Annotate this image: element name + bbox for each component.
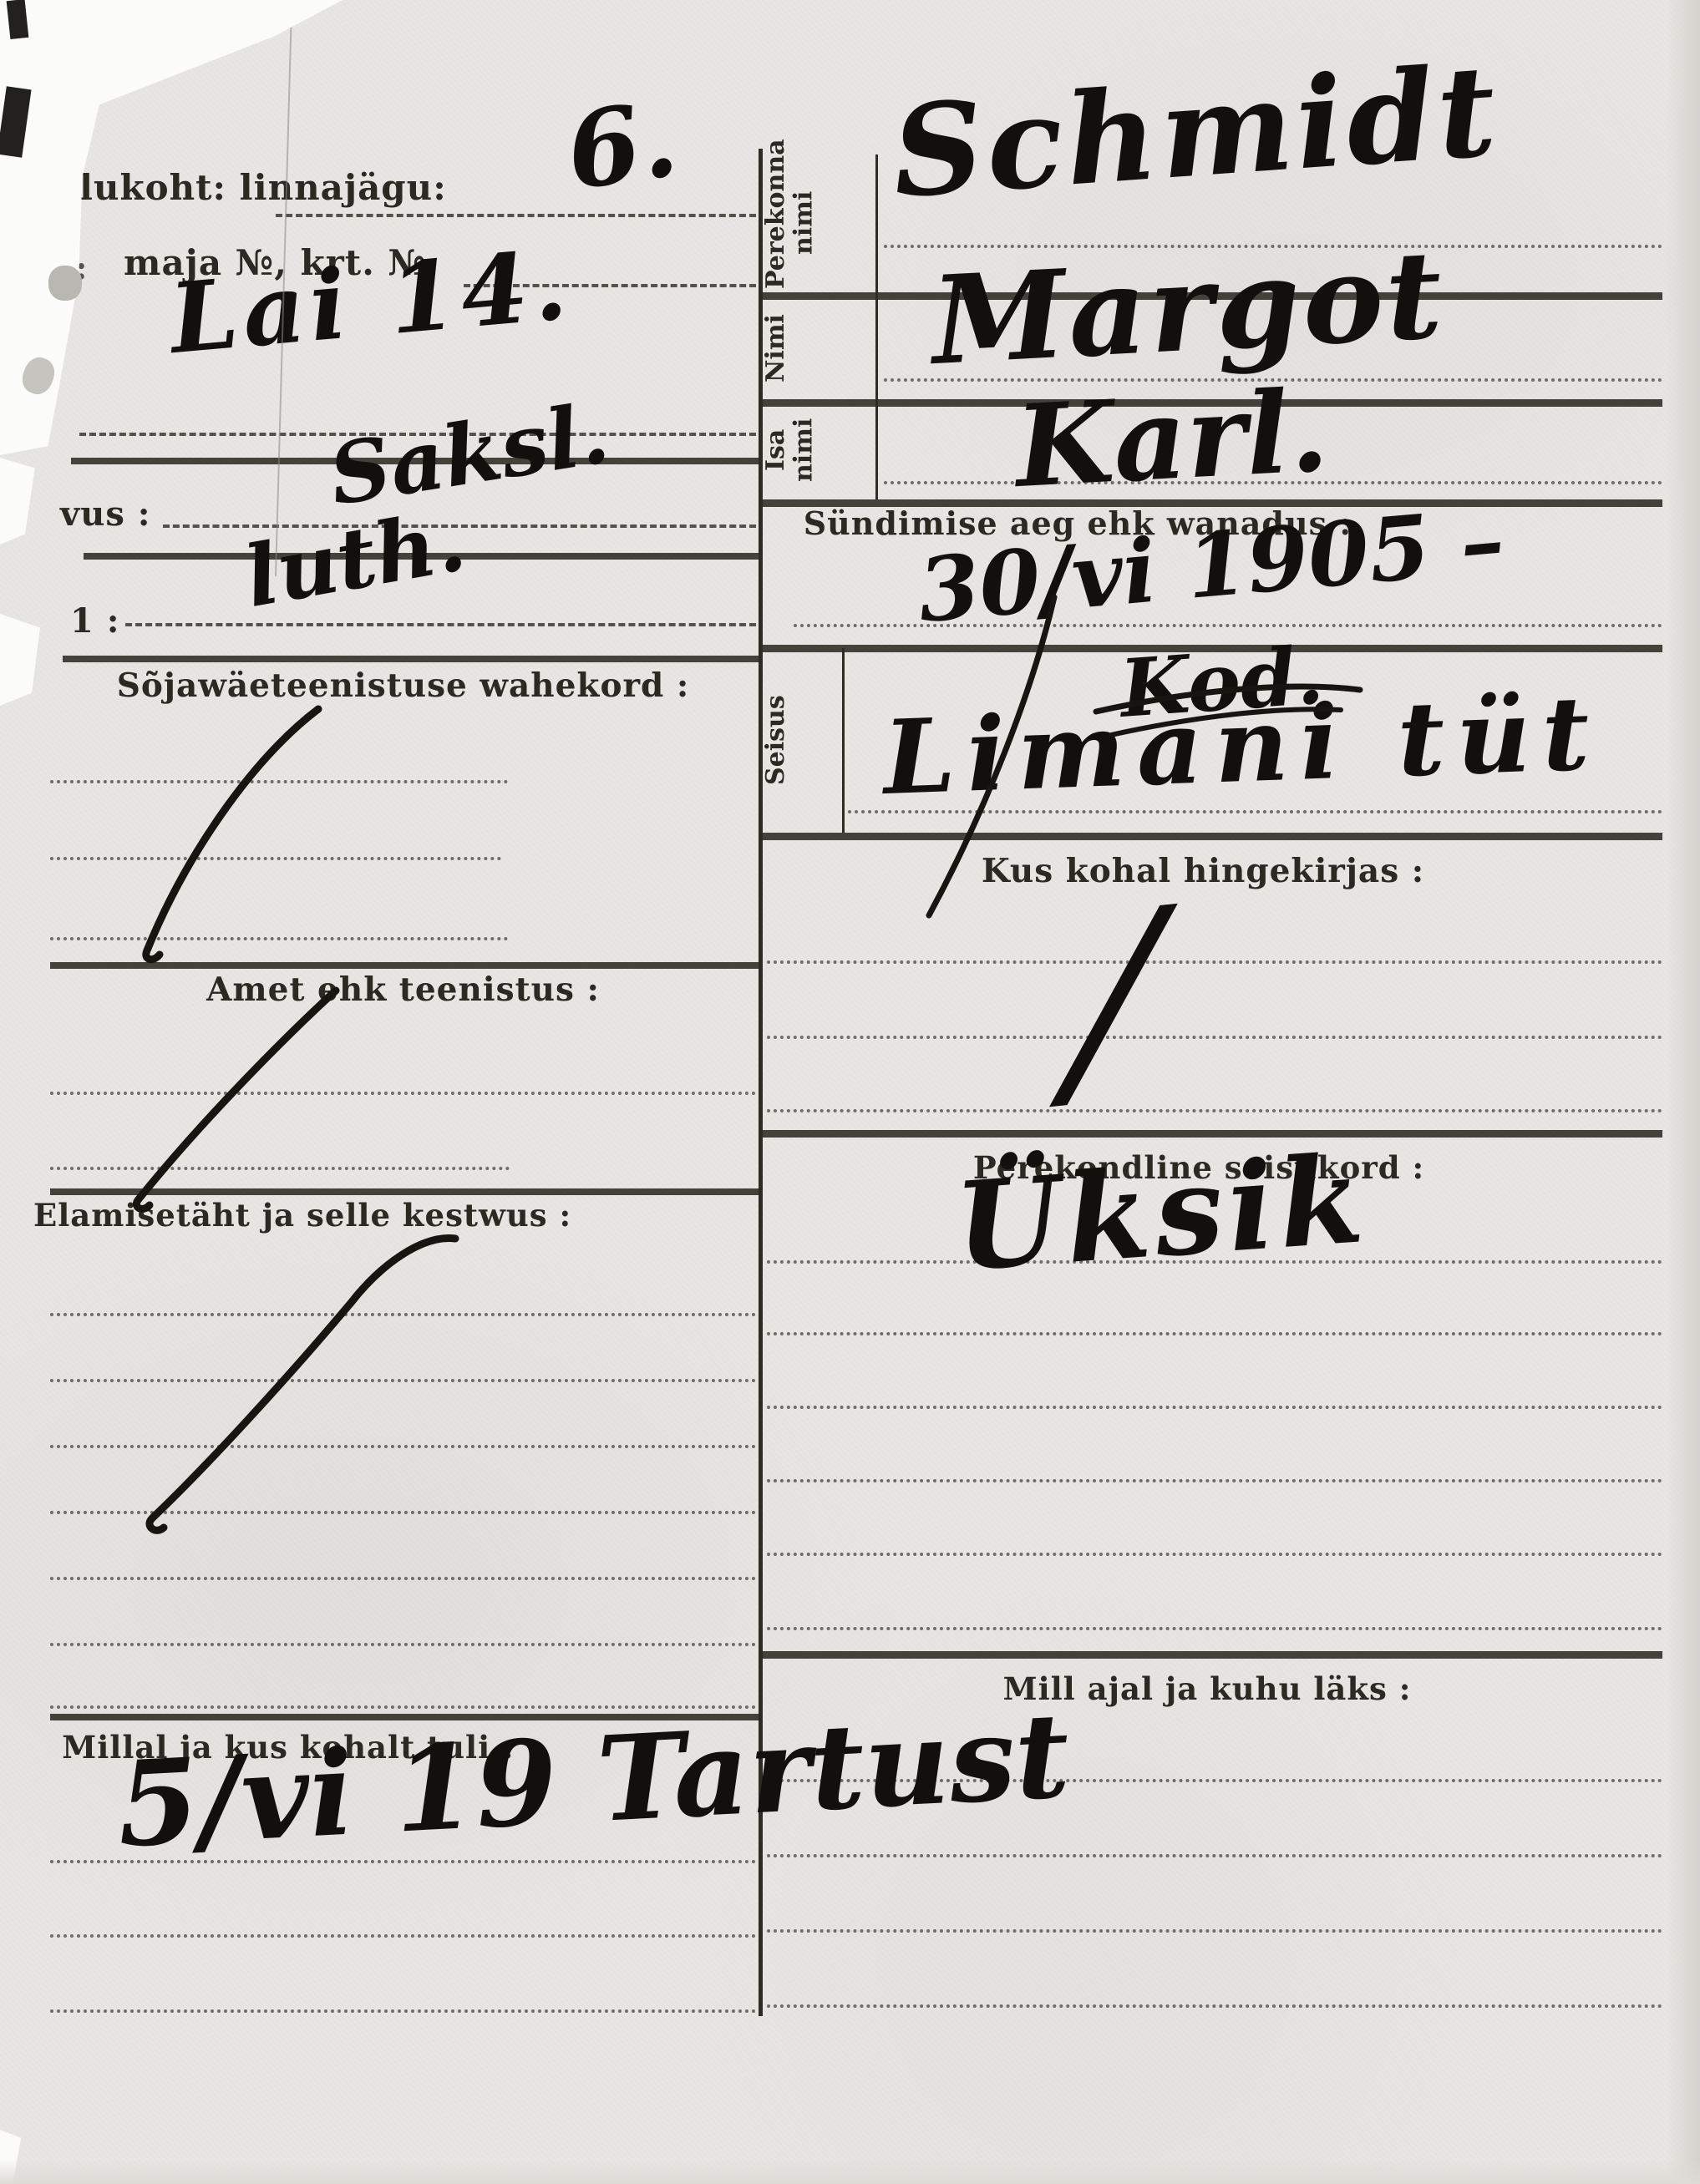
rule-dotted (767, 1553, 1662, 1556)
occupation-label: Amet ehk teenistus : (50, 970, 756, 1009)
flourish-stroke (136, 991, 336, 1209)
father-name-handwriting: Karl. (1012, 364, 1332, 513)
religion-value-handwriting: luth. (238, 491, 473, 626)
residence-permit-label: Elamisetäht ja selle kestwus : (33, 1197, 551, 1234)
label-column-line (875, 155, 878, 499)
rule-dotted (767, 1854, 1662, 1857)
rule-dotted (50, 1934, 756, 1938)
rule-dotted (50, 1577, 756, 1580)
rule-dotted (50, 1643, 756, 1646)
rule-dotted (50, 780, 508, 783)
rule-heavy (50, 1188, 759, 1195)
religion-label-fragment: 1 : (70, 601, 120, 641)
register-label: Kus kohal hingekirjas : (827, 852, 1579, 890)
nationality-label-fragment: vus : (60, 494, 151, 534)
torn-edge-nick (0, 614, 42, 706)
rule-dotted (767, 1109, 1662, 1112)
first-name-label: Nimi (762, 301, 872, 396)
first-name-handwriting: Margot (928, 224, 1448, 393)
rule-dotted (767, 2004, 1662, 2008)
rule-dotted (767, 1929, 1662, 1933)
rule-dotted (50, 1511, 756, 1514)
rule-heavy (759, 1651, 1662, 1659)
rule-dotted (767, 1036, 1662, 1039)
rule-dashed (276, 214, 756, 217)
status-value-handwriting: Limani tüt (881, 672, 1603, 818)
residence-value-handwriting: 6. (560, 78, 685, 214)
torn-edge-nick (0, 458, 37, 545)
rule-heavy (759, 1130, 1662, 1138)
rule-heavy (50, 962, 759, 969)
rule-dotted (767, 1627, 1662, 1630)
rule-dotted (50, 1379, 756, 1382)
register-card-scan: Elukoht: linnajägu: – : maja №, krt. № v… (0, 0, 1700, 2184)
scan-mark (7, 0, 29, 39)
torn-corner-top-left (0, 0, 343, 455)
nationality-value-handwriting: Saksl. (323, 383, 616, 524)
scan-smudge (48, 266, 82, 301)
family-name-label: Perekonna nimi (762, 157, 872, 289)
father-name-label: Isa nimi (762, 404, 872, 496)
rule-dotted (767, 1479, 1662, 1482)
rule-dashed (125, 623, 756, 626)
rule-heavy (63, 656, 759, 662)
rule-dotted (50, 937, 508, 940)
scan-edge-shade (0, 2159, 1700, 2184)
rule-dotted (767, 1406, 1662, 1409)
family-name-handwriting: Schmidt (888, 38, 1504, 226)
status-label: Seisus (762, 651, 839, 829)
label-column-line (842, 648, 845, 833)
rule-dotted (767, 1332, 1662, 1335)
family-status-handwriting: Üksik (951, 1128, 1373, 1299)
rule-dotted (50, 1445, 756, 1448)
rule-dotted (50, 1167, 510, 1170)
rule-dotted (50, 1705, 756, 1709)
residence-label: Elukoht: linnajägu: (52, 167, 447, 208)
military-service-label: Sõjawäeteenistuse wahekord : (50, 666, 756, 705)
scan-edge-shade (1667, 0, 1700, 2184)
flourish-stroke (150, 1239, 455, 1531)
flourish-stroke (146, 709, 318, 960)
rule-dotted (767, 960, 1662, 964)
rule-dotted (50, 857, 501, 860)
rule-dotted (50, 1092, 756, 1095)
rule-heavy (759, 833, 1662, 840)
rule-dotted (50, 1313, 756, 1316)
rule-dotted (50, 2009, 756, 2013)
